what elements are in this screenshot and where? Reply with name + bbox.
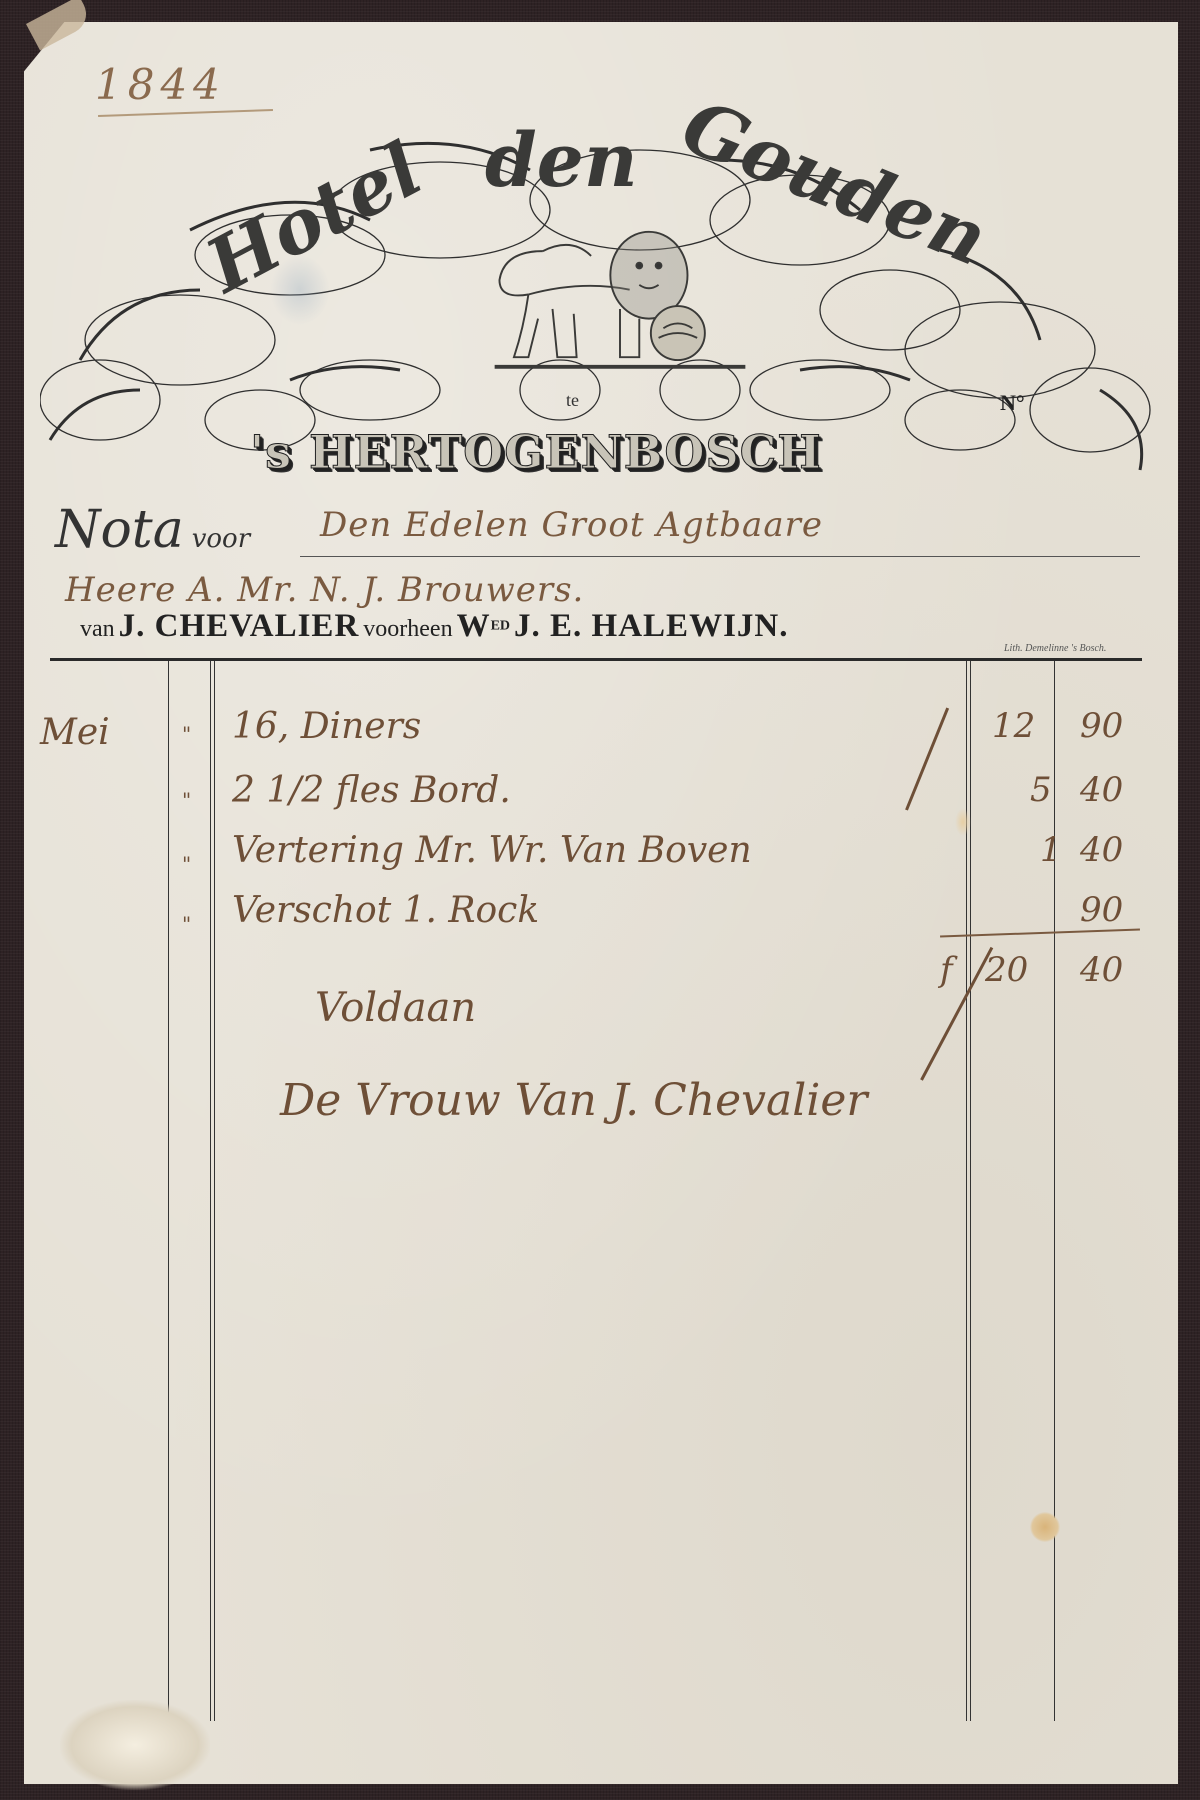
previous-owner: J. E. HALEWIJN. (514, 608, 788, 644)
issuer-formerly: voorheen (363, 616, 452, 642)
entry-month: Mei (40, 712, 110, 753)
issuer-prefix: van (80, 616, 115, 642)
entry-description: Verschot 1. Rock (232, 890, 539, 931)
entry-description: 16, Diners (232, 706, 421, 747)
total-cents: 40 (1080, 950, 1123, 990)
entry-guilders: 1 (1040, 830, 1062, 870)
total-guilders: 20 (985, 950, 1028, 990)
entry-cents: 90 (1080, 706, 1123, 746)
voor-label: voor (192, 524, 250, 554)
stain (1030, 1512, 1060, 1542)
connector-te: te (566, 390, 579, 411)
total-florin-sign: f (940, 950, 953, 990)
entry-ditto: " (182, 912, 191, 936)
signature: De Vrouw Van J. Chevalier (280, 1075, 867, 1126)
entry-cents: 90 (1080, 890, 1123, 930)
column-line-date (168, 661, 169, 1721)
printer-credit: Lith. Demelinne 's Bosch. (1004, 643, 1106, 654)
nota-label: Nota (55, 500, 184, 560)
invoice-number-label: N° (1000, 390, 1025, 416)
entry-description: Vertering Mr. Wr. Van Boven (232, 830, 752, 871)
entry-ditto: " (182, 788, 191, 812)
entry-description: 2 1/2 fles Bord. (232, 770, 511, 811)
hotel-title-word-den: den (485, 118, 638, 204)
entry-cents: 40 (1080, 770, 1123, 810)
addressee-handwritten-line-1: Den Edelen Groot Agtbaare (320, 505, 823, 545)
addressee-line (300, 556, 1140, 557)
ink-blot (270, 255, 330, 325)
issuer-line: van J. CHEVALIER voorheen WED J. E. HALE… (80, 608, 789, 645)
lion-emblem-icon (485, 212, 755, 377)
paper-tear-damage (60, 1700, 210, 1790)
city-name: 's HERTOGENBOSCH (250, 425, 822, 479)
issuer-name: J. CHEVALIER (119, 608, 360, 644)
column-line-desc-2 (214, 661, 215, 1721)
stain (955, 808, 971, 836)
entry-guilders: 12 (992, 706, 1035, 746)
entry-cents: 40 (1080, 830, 1123, 870)
column-line-cents (1054, 661, 1055, 1721)
widow-sup: ED (491, 619, 510, 634)
column-line-desc-1 (210, 661, 211, 1721)
widow-abbr: W (457, 608, 491, 644)
addressee-handwritten-line-2: Heere A. Mr. N. J. Brouwers. (65, 570, 584, 610)
entry-ditto: " (182, 852, 191, 876)
nota-voor-label: Notavoor (55, 500, 250, 560)
entry-ditto: " (182, 722, 191, 746)
receipt-note: Voldaan (315, 985, 476, 1031)
entry-guilders: 5 (1030, 770, 1052, 810)
